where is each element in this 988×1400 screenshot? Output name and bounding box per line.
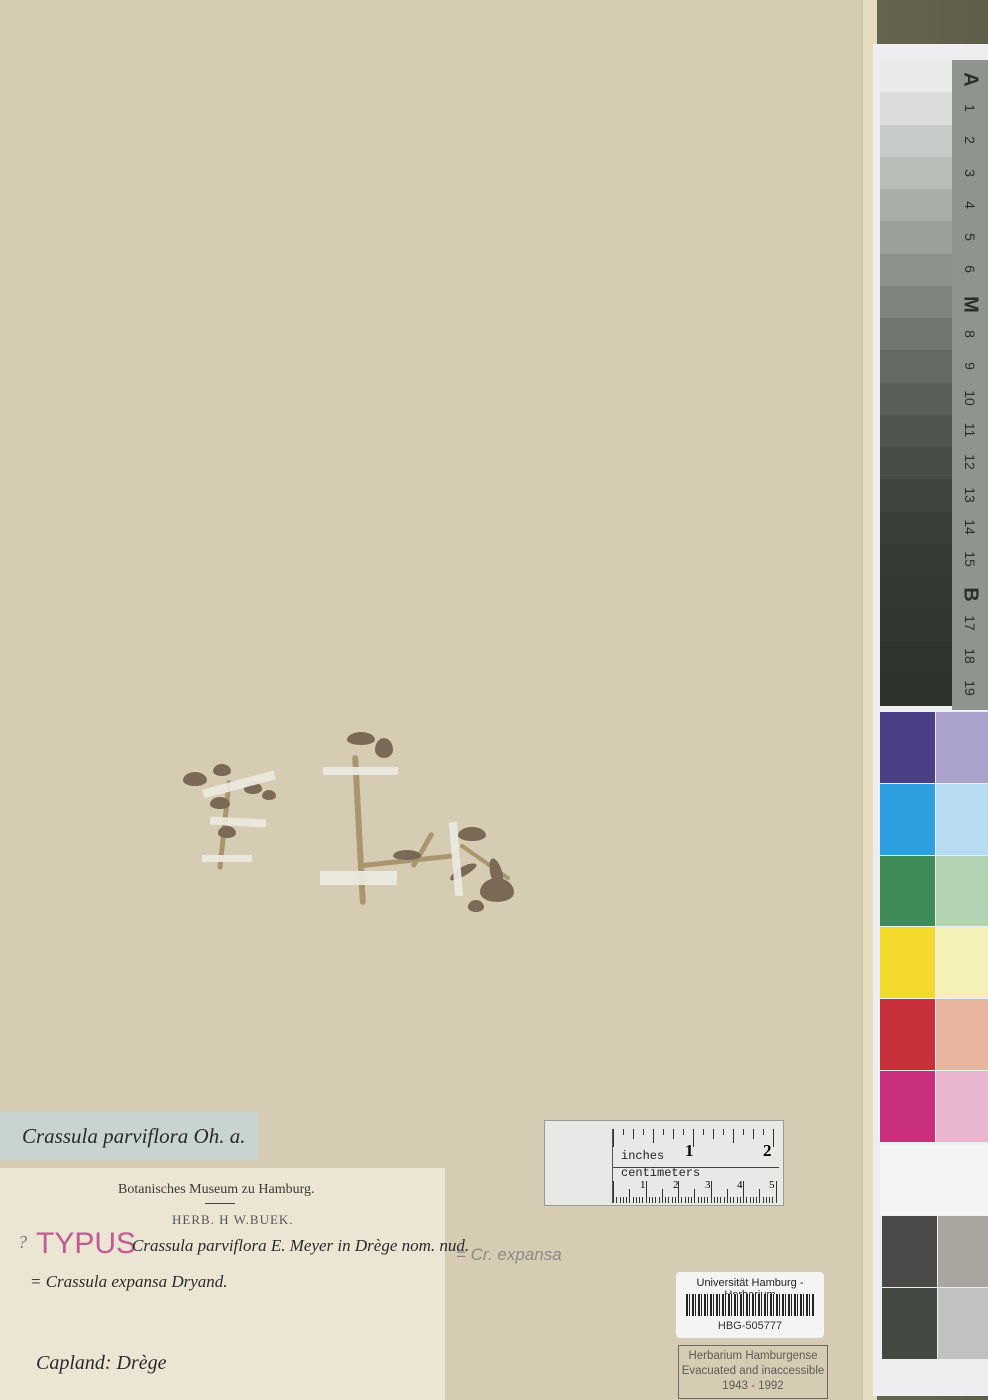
inch-tick: [613, 1129, 614, 1147]
color-patch: [880, 999, 935, 1070]
cm-tick: [753, 1197, 754, 1203]
cm-tick: [724, 1197, 725, 1203]
scale-label: 3: [962, 155, 978, 191]
inch-tick: [773, 1129, 774, 1147]
scale-label: 11: [962, 412, 978, 448]
inch-tick: [653, 1129, 654, 1143]
cm-tick: [659, 1197, 660, 1203]
scale-label: 19: [962, 670, 978, 706]
gray-step: [880, 608, 952, 641]
inch-tick: [723, 1129, 724, 1135]
color-patch: [936, 856, 988, 927]
scale-label: 14: [962, 509, 978, 545]
mounting-tape: [202, 855, 252, 862]
inch-tick: [643, 1129, 644, 1135]
inch-tick: [713, 1129, 714, 1139]
cm-tick: [672, 1197, 673, 1203]
color-patch: [880, 712, 935, 783]
cm-tick: [620, 1197, 621, 1203]
color-patch: [880, 856, 935, 927]
color-patch: [936, 999, 988, 1070]
cm-tick: [766, 1197, 767, 1203]
color-patch: [882, 1216, 937, 1287]
scale-label: 1: [962, 90, 978, 126]
grayscale-strip: [880, 60, 952, 705]
gray-step: [880, 189, 952, 222]
scale-label: 13: [962, 477, 978, 513]
cm-tick: [763, 1197, 764, 1203]
color-patch: [936, 927, 988, 998]
color-patch: [880, 927, 935, 998]
gray-step: [880, 415, 952, 448]
gray-step: [880, 286, 952, 319]
scale-label: 12: [962, 444, 978, 480]
gray-step: [880, 350, 952, 383]
annotation-line-2: = Crassula expansa Dryand.: [30, 1272, 228, 1292]
cm-tick: [694, 1189, 695, 1203]
color-patch: [938, 1216, 988, 1287]
cm-tick: [691, 1197, 692, 1203]
scale-label: 2: [962, 122, 978, 158]
cm-tick: [776, 1181, 777, 1203]
cm-tick: [662, 1189, 663, 1203]
inch-tick: [663, 1129, 664, 1135]
gray-step: [880, 383, 952, 416]
scale-label: 9: [962, 348, 978, 384]
annotation-line-1: Crassula parviflora E. Meyer in Drège no…: [132, 1236, 469, 1256]
inch-tick: [673, 1129, 674, 1139]
barcode-id: HBG-505777: [676, 1320, 824, 1332]
gray-step: [880, 447, 952, 480]
cm-tick: [626, 1197, 627, 1203]
inch-tick: [763, 1129, 764, 1135]
gray-step: [880, 254, 952, 287]
inch-tick: [623, 1129, 624, 1135]
evacuation-stamp: Herbarium Hamburgense Evacuated and inac…: [678, 1345, 828, 1399]
cm-tick: [636, 1197, 637, 1203]
cm-tick: [688, 1197, 689, 1203]
inch-mark-2: 2: [763, 1141, 772, 1161]
barcode: [686, 1294, 814, 1316]
cm-tick: [746, 1197, 747, 1203]
cm-tick: [655, 1197, 656, 1203]
label-header: Botanisches Museum zu Hamburg.: [118, 1182, 315, 1198]
stamp-line-3: 1943 - 1992: [679, 1379, 827, 1394]
cm-tick: [685, 1197, 686, 1203]
cm-tick: [740, 1197, 741, 1203]
scale-label: 5: [962, 219, 978, 255]
cm-tick: [769, 1197, 770, 1203]
cm-tick: [730, 1197, 731, 1203]
cm-tick: [652, 1197, 653, 1203]
barcode-label: Universität Hamburg - Herbarium HBG-5057…: [676, 1272, 824, 1338]
gray-step: [880, 641, 952, 674]
cm-tick: [727, 1189, 728, 1203]
cm-tick: [681, 1197, 682, 1203]
inches-label: inches: [621, 1149, 664, 1163]
color-patch: [880, 784, 935, 855]
stamp-line-2: Evacuated and inaccessible: [679, 1364, 827, 1379]
gray-step: [880, 479, 952, 512]
cm-tick: [668, 1197, 669, 1203]
scale-label: 10: [962, 380, 978, 416]
cm-tick: [629, 1189, 630, 1203]
cm-tick: [675, 1197, 676, 1203]
color-patch: [880, 1071, 935, 1142]
cm-tick: [707, 1197, 708, 1203]
color-patch: [882, 1288, 937, 1359]
color-patch: [880, 1145, 988, 1215]
gray-step: [880, 318, 952, 351]
inch-tick: [703, 1129, 704, 1135]
cm-tick: [704, 1197, 705, 1203]
cm-tick: [698, 1197, 699, 1203]
cm-tick: [717, 1197, 718, 1203]
scale-label: 15: [962, 541, 978, 577]
color-patch: [936, 784, 988, 855]
divider: [205, 1203, 235, 1204]
determination-text: Crassula parviflora Oh. a.: [22, 1124, 245, 1149]
mounting-tape: [320, 871, 397, 885]
stamp-line-1: Herbarium Hamburgense: [679, 1349, 827, 1364]
gray-step: [880, 221, 952, 254]
cm-tick: [756, 1197, 757, 1203]
gray-step: [880, 157, 952, 190]
cm-tick: [633, 1197, 634, 1203]
cm-tick: [743, 1181, 744, 1203]
scale-label: 4: [962, 187, 978, 223]
cm-tick: [720, 1197, 721, 1203]
collection-stamp: HERB. H W.BUEK.: [172, 1212, 294, 1228]
cm-mark-5: 5: [769, 1179, 775, 1191]
cm-tick: [714, 1197, 715, 1203]
color-patch: [938, 1288, 988, 1359]
cm-tick: [665, 1197, 666, 1203]
gray-step: [880, 125, 952, 158]
cm-tick: [759, 1189, 760, 1203]
cm-tick: [646, 1181, 647, 1203]
gray-step: [880, 673, 952, 706]
gray-step: [880, 544, 952, 577]
grayscale-labels: A123456M89101112131415B171819: [952, 60, 988, 710]
cm-tick: [639, 1197, 640, 1203]
cm-tick: [642, 1197, 643, 1203]
scale-label: 17: [962, 605, 978, 641]
color-patch: [936, 712, 988, 783]
inch-tick: [733, 1129, 734, 1143]
type-stamp-prefix: ?: [18, 1232, 27, 1253]
gray-step: [880, 60, 952, 93]
cm-tick: [616, 1197, 617, 1203]
cm-tick: [772, 1197, 773, 1203]
cm-tick: [623, 1197, 624, 1203]
inch-tick: [683, 1129, 684, 1135]
scale-ruler: inches centimeters 1 2 1 2 3 4 5: [544, 1120, 784, 1206]
cm-tick: [733, 1197, 734, 1203]
inch-tick: [693, 1129, 694, 1147]
cm-tick: [678, 1181, 679, 1203]
mounting-tape: [323, 767, 398, 775]
pencil-annotation: = Cr. expansa: [456, 1245, 562, 1265]
gray-step: [880, 576, 952, 609]
centimeters-label: centimeters: [621, 1166, 700, 1180]
cm-tick: [711, 1181, 712, 1203]
inch-tick: [753, 1129, 754, 1139]
cm-tick: [737, 1197, 738, 1203]
cm-mark-4: 4: [737, 1179, 743, 1191]
inch-tick: [633, 1129, 634, 1139]
locality-text: Capland: Drège: [36, 1352, 167, 1375]
color-patch: [936, 1071, 988, 1142]
cm-tick: [613, 1181, 614, 1203]
cm-tick: [701, 1197, 702, 1203]
scale-label: 8: [962, 316, 978, 352]
determination-slip: Crassula parviflora Oh. a.: [0, 1112, 258, 1160]
typus-stamp: TYPUS: [36, 1227, 136, 1261]
gray-step: [880, 512, 952, 545]
cm-tick: [649, 1197, 650, 1203]
inch-tick: [743, 1129, 744, 1135]
scale-label: 18: [962, 638, 978, 674]
gray-step: [880, 92, 952, 125]
scale-label: 6: [962, 251, 978, 287]
cm-tick: [750, 1197, 751, 1203]
